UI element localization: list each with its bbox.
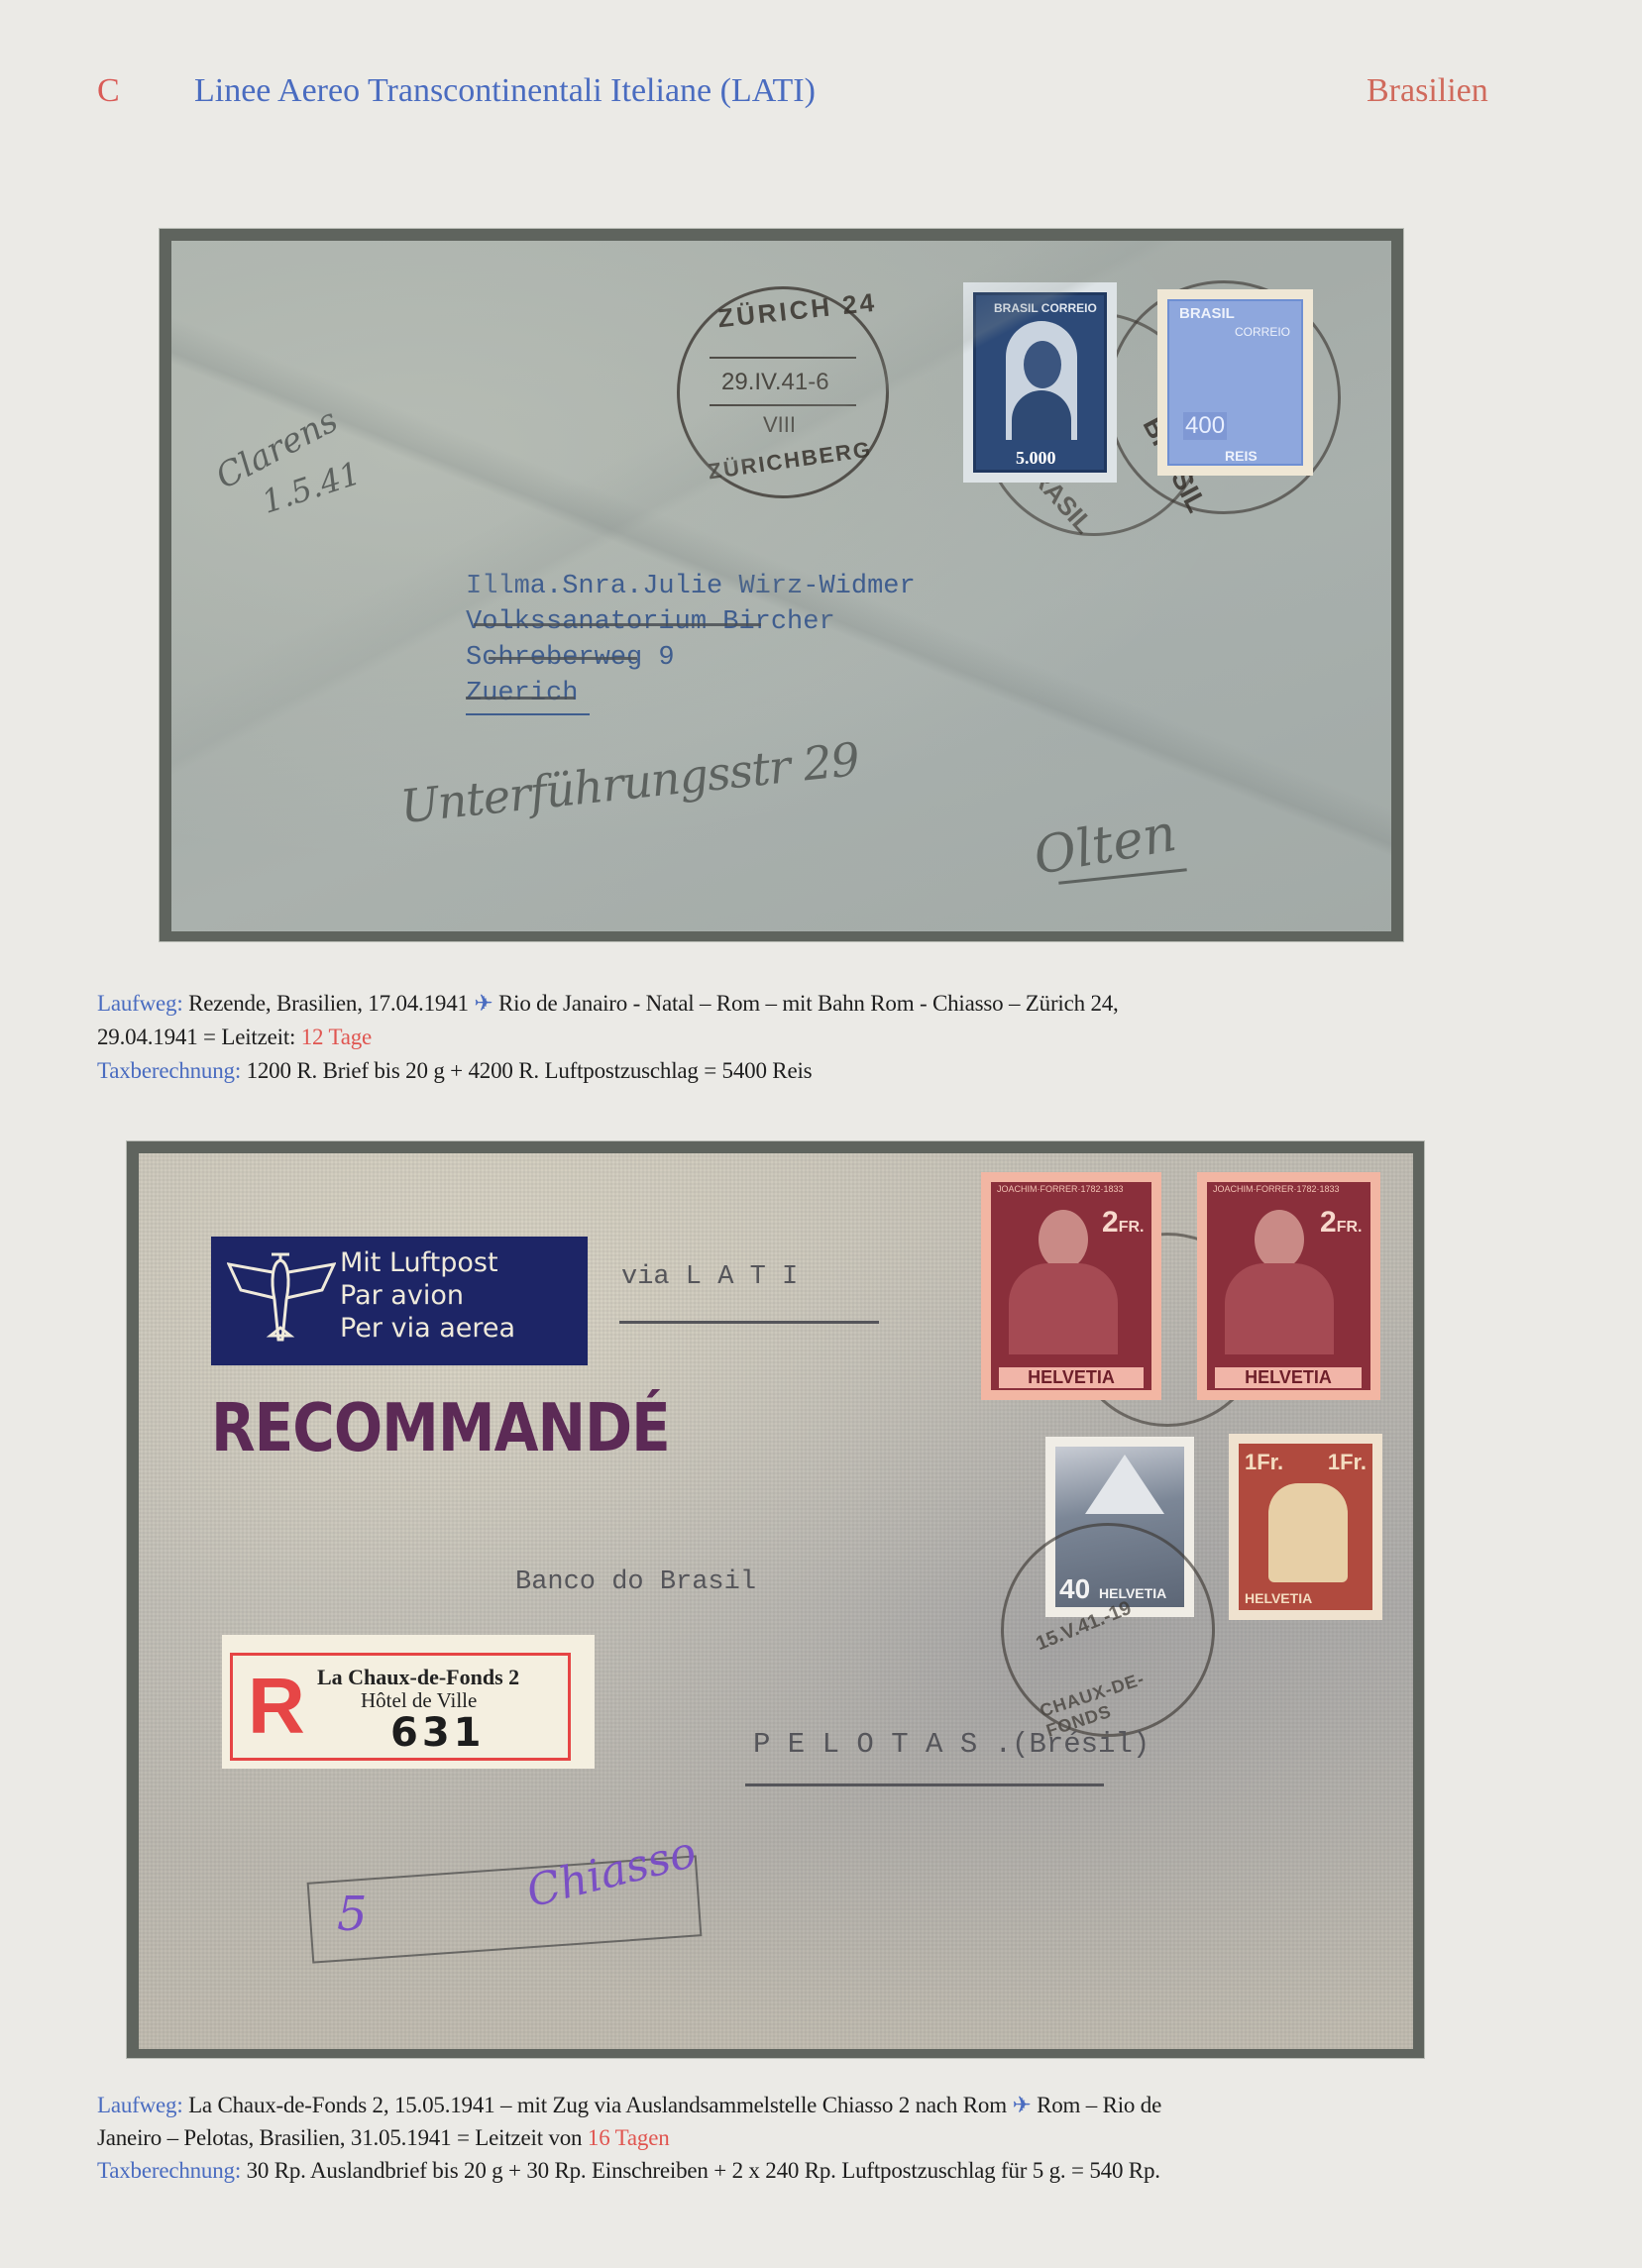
- address-line-2: Volkssanatorium Bircher: [466, 605, 835, 640]
- address-strikethrough-3: [466, 697, 575, 700]
- cover2-envelope: Mit Luftpost Par avion Per via aerea via…: [139, 1153, 1413, 2049]
- address-strikethrough-1: [474, 623, 761, 626]
- handwritten-city: Olten: [1030, 804, 1181, 887]
- stamp-value-right: 1Fr.: [1328, 1450, 1367, 1475]
- caption1-route: Laufweg: Rezende, Brasilien, 17.04.1941 …: [97, 987, 1119, 1021]
- postmark-zurich-bar-bottom: [710, 404, 856, 406]
- handwritten-number: 5: [337, 1887, 368, 1942]
- route-label: Laufweg:: [97, 991, 183, 1016]
- stamp-value-unit: FR.: [1337, 1219, 1363, 1236]
- postmark-zurich-sub: VIII: [763, 412, 796, 438]
- stamp-figure: [1268, 1483, 1348, 1582]
- route-arrival: 29.04.1941 = Leitzeit:: [97, 1025, 301, 1049]
- stamp-brasil-400: BRASIL CORREIO 400 REIS: [1157, 289, 1313, 476]
- caption2-tax: Taxberechnung: 30 Rp. Auslandbrief bis 2…: [97, 2154, 1160, 2187]
- section-letter: C: [97, 71, 120, 111]
- transit-duration: 12 Tage: [301, 1025, 372, 1049]
- transit-duration: 16 Tagen: [588, 2125, 670, 2150]
- stamp-caption: JOACHIM·FORRER·1782·1833: [997, 1184, 1124, 1194]
- page-title: Linee Aereo Transcontinentali Iteliane (…: [194, 71, 816, 111]
- registration-office: La Chaux-de-Fonds 2: [317, 1665, 519, 1690]
- address-underline: [466, 713, 590, 715]
- airmail-line-fr: Par avion: [340, 1279, 515, 1312]
- stamp-value: 2FR.: [1102, 1206, 1144, 1240]
- stamp-value-unit: FR.: [1119, 1219, 1145, 1236]
- tax-label: Taxberechnung:: [97, 1058, 241, 1083]
- address-line-4: Zuerich: [466, 677, 578, 711]
- caption1-route-line2: 29.04.1941 = Leitzeit: 12 Tage: [97, 1021, 372, 1053]
- postmark-zurich-top: ZÜRICH 24: [716, 287, 879, 335]
- airmail-label: Mit Luftpost Par avion Per via aerea: [211, 1237, 588, 1365]
- stamp-value-number: 2: [1102, 1206, 1119, 1239]
- tax-label: Taxberechnung:: [97, 2158, 241, 2183]
- registration-letter: R: [248, 1667, 305, 1746]
- handwritten-redirect: Unterführungsstr 29: [397, 732, 861, 833]
- stamp-forrer-2fr-right: JOACHIM·FORRER·1782·1833 2FR. HELVETIA: [1197, 1172, 1380, 1400]
- address-line-3: Schreberweg 9: [466, 641, 675, 676]
- stamp-portrait: [1225, 1204, 1334, 1354]
- stamp-value: 400: [1183, 412, 1227, 440]
- cover1-envelope: ZÜRICH 24 29.IV.41-6 VIII ZÜRICHBERG BRA…: [171, 241, 1391, 931]
- stamp-unit: REIS: [1225, 448, 1258, 464]
- route-arrival: Janeiro – Pelotas, Brasilien, 31.05.1941…: [97, 2125, 588, 2150]
- postmark-brasil-text-2: BRASIL: [1012, 448, 1099, 540]
- airplane-icon: ✈: [1012, 2093, 1031, 2118]
- caption2-route-line2: Janeiro – Pelotas, Brasilien, 31.05.1941…: [97, 2121, 670, 2154]
- stamp-value: 5.000: [1016, 448, 1056, 469]
- stamp-mountain: [1085, 1455, 1164, 1514]
- stamp-country: HELVETIA: [1245, 1590, 1312, 1606]
- caption2-route: Laufweg: La Chaux-de-Fonds 2, 15.05.1941…: [97, 2089, 1161, 2122]
- handwritten-city-underline: [1058, 868, 1187, 885]
- tax-text: 1200 R. Brief bis 20 g + 4200 R. Luftpos…: [241, 1058, 812, 1083]
- registration-label: R La Chaux-de-Fonds 2 Hôtel de Ville 631: [222, 1635, 595, 1769]
- postmark-brasil-2: [1107, 280, 1341, 514]
- stamp-subtitle: CORREIO: [1235, 325, 1290, 339]
- stamp-value-left: 1Fr.: [1245, 1450, 1283, 1475]
- route-text-cont: Rio de Janairo - Natal – Rom – mit Bahn …: [493, 991, 1118, 1016]
- address-strikethrough-2: [489, 657, 637, 660]
- tax-text: 30 Rp. Auslandbrief bis 20 g + 30 Rp. Ei…: [241, 2158, 1160, 2183]
- postmark-chaux-bottom: 15.V.41.-19 CHAUX-DE-FONDS: [1001, 1523, 1215, 1737]
- airplane-icon: [227, 1250, 336, 1350]
- stamp-value: 2FR.: [1320, 1206, 1362, 1240]
- postmark-date: 15.V.41.-19: [1033, 1597, 1135, 1656]
- stamp-country: HELVETIA: [1215, 1367, 1362, 1388]
- airmail-text: Mit Luftpost Par avion Per via aerea: [340, 1246, 515, 1345]
- stamp-brasil-5000: BRASIL CORREIO 5.000: [963, 282, 1117, 483]
- destination-underline: [745, 1783, 1104, 1786]
- postmark-brasil-1: [982, 312, 1206, 536]
- route-text-cont: Rom – Rio de: [1032, 2093, 1162, 2117]
- stamp-forrer-2fr-left: JOACHIM·FORRER·1782·1833 2FR. HELVETIA: [981, 1172, 1161, 1400]
- registered-stamp: RECOMMANDÉ: [211, 1389, 670, 1466]
- stamp-portrait: [1006, 321, 1077, 440]
- stamp-caption: JOACHIM·FORRER·1782·1833: [1213, 1184, 1340, 1194]
- stamp-value-number: 2: [1320, 1206, 1337, 1239]
- stamp-caption: BRASIL CORREIO: [994, 301, 1097, 315]
- country-heading: Brasilien: [1367, 71, 1488, 111]
- destination: P E L O T A S .(Brésil): [753, 1728, 1149, 1761]
- route-label: Laufweg:: [97, 2093, 183, 2117]
- via-lati-underline: [619, 1321, 879, 1324]
- postmark-zurich-bar-top: [710, 357, 856, 359]
- caption1-tax: Taxberechnung: 1200 R. Brief bis 20 g + …: [97, 1054, 812, 1087]
- postmark-brasil-text: BRASIL: [1137, 411, 1213, 517]
- via-lati: via L A T I: [621, 1262, 798, 1292]
- handwritten-note-place: Clarens: [209, 400, 344, 497]
- route-text: La Chaux-de-Fonds 2, 15.05.1941 – mit Zu…: [183, 2093, 1013, 2117]
- postmark-zurich: ZÜRICH 24 29.IV.41-6 VIII ZÜRICHBERG: [677, 286, 889, 498]
- address-line-1: Illma.Snra.Julie Wirz-Widmer: [466, 570, 916, 604]
- stamp-country: BRASIL: [1179, 305, 1235, 322]
- postmark-zurich-bottom: ZÜRICHBERG: [707, 437, 874, 486]
- addressee: Banco do Brasil: [515, 1567, 756, 1597]
- stamp-helvetia-1fr: 1Fr. 1Fr. HELVETIA: [1229, 1434, 1382, 1620]
- stamp-country: HELVETIA: [999, 1367, 1144, 1388]
- postmark-zurich-date: 29.IV.41-6: [721, 369, 829, 396]
- registration-number: 631: [390, 1710, 486, 1756]
- handwritten-note-date: 1.5.41: [258, 454, 366, 521]
- airmail-line-it: Per via aerea: [340, 1312, 515, 1345]
- route-text: Rezende, Brasilien, 17.04.1941: [183, 991, 475, 1016]
- airmail-line-de: Mit Luftpost: [340, 1246, 515, 1279]
- airplane-icon: ✈: [474, 991, 493, 1017]
